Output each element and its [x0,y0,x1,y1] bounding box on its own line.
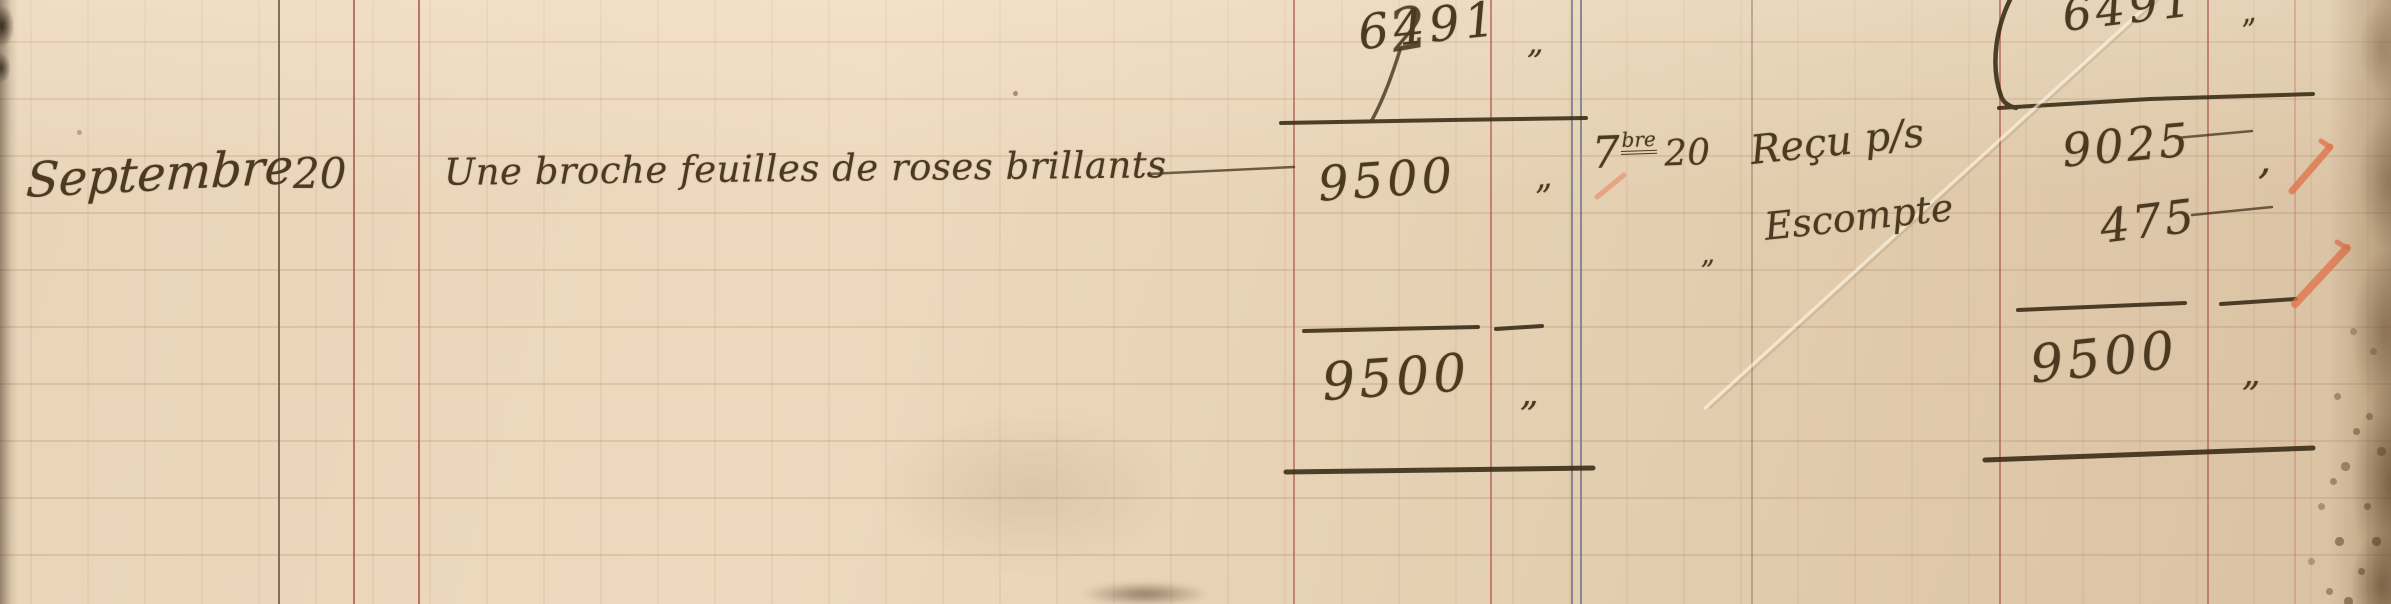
red-check-mark-icon-1 [2292,147,2330,191]
column-line-blue-a [1571,0,1573,604]
settlement-received-amount: 9025 [2060,116,2193,173]
paper-sheen [0,0,2391,604]
column-line-francs-right [1999,0,2001,604]
settlement-discount-label: Escompte [1763,188,1955,246]
entry-day: 20 [293,153,346,195]
entry-amount-francs: 9500 [1316,151,1457,209]
total-rule-right-francs [2018,303,2185,310]
total-rule-left-centimes [1496,326,1542,329]
settlement-date: 7bre20 [1591,128,1710,176]
feint-horizontal-ruling [0,0,2391,604]
column-line-settlement [1751,0,1753,604]
grand-rule-left [1286,468,1593,472]
settlement-date-ditto: „ [1699,239,1716,268]
column-line-centimes-left [1490,0,1492,604]
total-rule-right-centimes [2221,299,2296,304]
column-line-francs-left [1293,0,1295,604]
settlement-discount-amount: 475 [2098,192,2200,249]
total-amount-right: 9500 [2028,324,2181,391]
settlement-date-superscript: bre [1620,129,1657,155]
dash-after-475 [2192,207,2272,215]
column-line-date-left [278,0,280,604]
right-page-edge-mottling [2329,0,2391,604]
column-line-centimes-right [2207,0,2209,604]
column-line-red-2 [418,0,420,604]
entry-amount-centimes-ditto: „ [1532,159,1553,195]
settlement-date-number: 7 [1591,127,1621,179]
column-line-blue-b [1580,0,1582,604]
left-page-edge-shadow [0,0,18,604]
carry-ditto-left: „ [1527,26,1544,58]
total-ditto-right: „ [2242,356,2261,392]
bottom-edge-smudge [1080,582,1210,604]
total-rule-left-top [1281,118,1586,123]
total-ditto-left: „ [1520,376,1539,412]
grand-rule-right [1985,448,2313,460]
ledger-page: Septembre 20 Une broche feuilles de rose… [0,0,2391,604]
settlement-received-label: Reçu p/s [1748,113,1926,171]
carry-ditto-right: „ [2238,0,2259,29]
description-filler-dash [1148,167,1294,174]
entry-month: Septembre [25,143,294,205]
column-line-red-1 [353,0,355,604]
total-rule-left-francs [1304,327,1478,331]
settlement-received-punct: , [2258,138,2271,180]
paper-speckles [0,0,3,3]
ink-strokes [0,0,2391,604]
feint-vertical-ruling [0,0,2391,604]
paper-shade-patch [880,410,1180,570]
settlement-date-day: 20 [1664,132,1711,175]
entry-description: Une broche feuilles de roses brillants [444,146,1167,191]
total-amount-left: 9500 [1320,347,1472,409]
total-rule-right-top [1999,94,2313,108]
carry-amount-francs-right: 6491 [2060,0,2198,38]
column-line-margin-right [2294,0,2296,604]
